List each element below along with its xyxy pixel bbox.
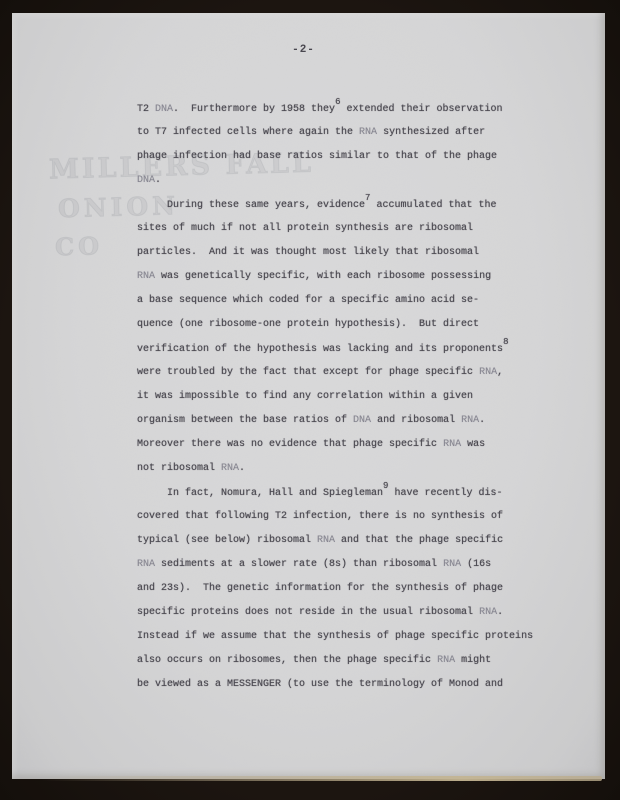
text-segment: RNA	[443, 559, 461, 570]
text-segment: quence (one ribosome-one protein hypothe…	[137, 319, 479, 330]
text-segment: synthesized after	[377, 127, 485, 138]
text-line: and 23s). The genetic information for th…	[137, 577, 597, 601]
footnote-superscript: 6	[335, 97, 340, 107]
text-line: During these same years, evidence7 accum…	[137, 193, 597, 217]
text-segment: RNA	[443, 439, 461, 450]
footnote-superscript: 7	[365, 193, 370, 203]
text-line: a base sequence which coded for a specif…	[137, 289, 597, 313]
text-segment: DNA	[353, 415, 371, 426]
text-line: DNA.	[137, 169, 597, 193]
text-segment: RNA	[137, 559, 155, 570]
photo-frame: MILLERS FALL ONION CO -2- T2 DNA. Furthe…	[0, 0, 620, 800]
typewritten-text: T2 DNA. Furthermore by 1958 they6 extend…	[137, 97, 597, 697]
text-line: RNA sediments at a slower rate (8s) than…	[137, 553, 597, 577]
text-segment: and that the phage specific	[335, 535, 503, 546]
text-segment: RNA	[359, 127, 377, 138]
text-segment: also occurs on ribosomes, then the phage…	[137, 655, 437, 666]
text-line: specific proteins does not reside in the…	[137, 601, 597, 625]
text-segment: DNA	[155, 104, 173, 115]
text-line: be viewed as a MESSENGER (to use the ter…	[137, 673, 597, 697]
text-segment: RNA	[479, 367, 497, 378]
text-segment: DNA	[137, 175, 155, 186]
text-segment: not ribosomal	[137, 463, 221, 474]
text-line: were troubled by the fact that except fo…	[137, 361, 597, 385]
text-segment: have recently dis-	[388, 488, 502, 499]
text-segment: . Furthermore by 1958 they	[173, 104, 335, 115]
text-segment: sediments at a slower rate (8s) than rib…	[155, 559, 443, 570]
text-line: Moreover there was no evidence that phag…	[137, 433, 597, 457]
text-segment: accumulated that the	[370, 200, 496, 211]
text-segment: RNA	[479, 607, 497, 618]
text-segment: typical (see below) ribosomal	[137, 535, 317, 546]
text-segment: ,	[497, 367, 503, 378]
text-line: organism between the base ratios of DNA …	[137, 409, 597, 433]
text-segment: .	[239, 463, 245, 474]
text-line: it was impossible to find any correlatio…	[137, 385, 597, 409]
text-segment: RNA	[437, 655, 455, 666]
text-segment: and 23s). The genetic information for th…	[137, 583, 503, 594]
text-line: In fact, Nomura, Hall and Spiegleman9 ha…	[137, 481, 597, 505]
text-segment: .	[497, 607, 503, 618]
text-segment: Moreover there was no evidence that phag…	[137, 439, 443, 450]
text-segment: T2	[137, 104, 155, 115]
text-line: to T7 infected cells where again the RNA…	[137, 121, 597, 145]
text-line: also occurs on ribosomes, then the phage…	[137, 649, 597, 673]
text-segment: In fact, Nomura, Hall and Spiegleman	[137, 488, 383, 499]
text-segment: was genetically specific, with each ribo…	[155, 271, 491, 282]
text-segment: extended their observation	[340, 104, 502, 115]
text-segment: verification of the hypothesis was lacki…	[137, 344, 503, 355]
footnote-superscript: 8	[503, 337, 508, 347]
text-segment: RNA	[461, 415, 479, 426]
footnote-superscript: 9	[383, 481, 388, 491]
text-segment: and ribosomal	[371, 415, 461, 426]
text-line: not ribosomal RNA.	[137, 457, 597, 481]
text-segment: to T7 infected cells where again the	[137, 127, 359, 138]
text-line: sites of much if not all protein synthes…	[137, 217, 597, 241]
text-segment: sites of much if not all protein synthes…	[137, 223, 473, 234]
text-segment: particles. And it was thought most likel…	[137, 247, 479, 258]
text-line: RNA was genetically specific, with each …	[137, 265, 597, 289]
text-segment: be viewed as a MESSENGER (to use the ter…	[137, 679, 503, 690]
text-line: verification of the hypothesis was lacki…	[137, 337, 597, 361]
document-page: MILLERS FALL ONION CO -2- T2 DNA. Furthe…	[12, 13, 605, 779]
text-segment: .	[479, 415, 485, 426]
text-segment: it was impossible to find any correlatio…	[137, 391, 473, 402]
text-segment: RNA	[137, 271, 155, 282]
text-segment: Instead if we assume that the synthesis …	[137, 631, 533, 642]
text-segment: was	[461, 439, 485, 450]
text-segment: RNA	[317, 535, 335, 546]
text-segment: During these same years, evidence	[137, 200, 365, 211]
text-segment: might	[455, 655, 491, 666]
text-segment: organism between the base ratios of	[137, 415, 353, 426]
text-line: particles. And it was thought most likel…	[137, 241, 597, 265]
text-line: covered that following T2 infection, the…	[137, 505, 597, 529]
text-segment: (16s	[461, 559, 491, 570]
paper-edge	[42, 776, 602, 781]
text-segment: RNA	[221, 463, 239, 474]
page-number: -2-	[7, 44, 600, 56]
text-segment: .	[155, 175, 161, 186]
text-segment: a base sequence which coded for a specif…	[137, 295, 479, 306]
text-segment: specific proteins does not reside in the…	[137, 607, 479, 618]
text-segment: phage infection had base ratios similar …	[137, 151, 497, 162]
text-segment: covered that following T2 infection, the…	[137, 511, 503, 522]
text-segment: were troubled by the fact that except fo…	[137, 367, 479, 378]
text-line: T2 DNA. Furthermore by 1958 they6 extend…	[137, 97, 597, 121]
text-line: Instead if we assume that the synthesis …	[137, 625, 597, 649]
text-line: quence (one ribosome-one protein hypothe…	[137, 313, 597, 337]
text-line: typical (see below) ribosomal RNA and th…	[137, 529, 597, 553]
text-line: phage infection had base ratios similar …	[137, 145, 597, 169]
